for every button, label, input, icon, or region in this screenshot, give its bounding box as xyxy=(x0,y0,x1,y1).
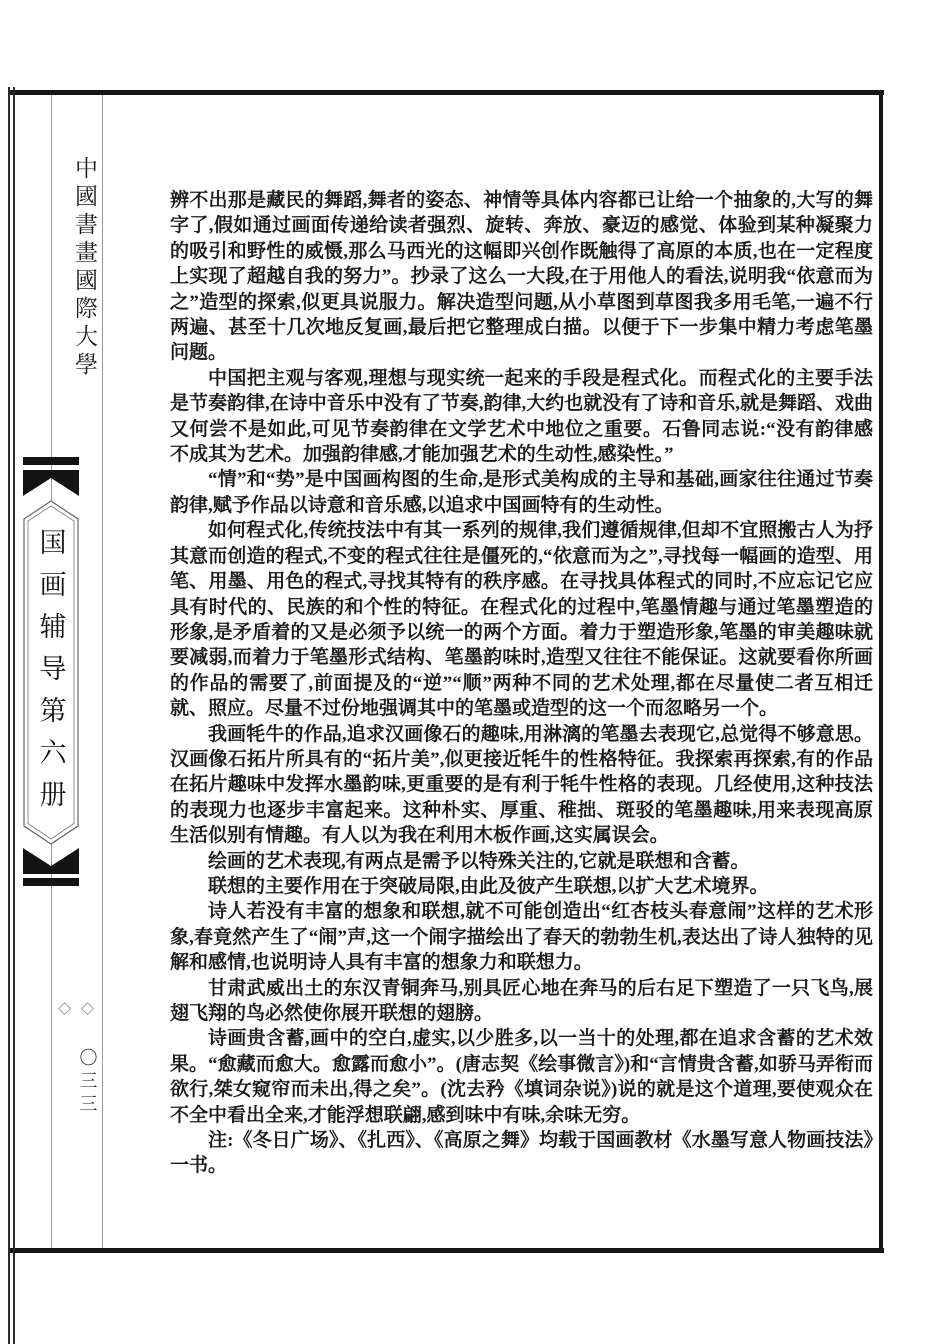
ribbon-bottom-chevron xyxy=(23,848,79,874)
right-border-rule xyxy=(879,90,883,1253)
page-number: ◇ 〇三三 ◇ xyxy=(52,998,102,1148)
body-paragraph: 诗画贵含蓄,画中的空白,虚实,以少胜多,以一当十的处理,都在追求含蓄的艺术效果。… xyxy=(170,1026,873,1128)
bottom-border-rule xyxy=(8,1248,884,1253)
page-number-ornament-bottom: ◇ xyxy=(56,998,75,1023)
ribbon-top-chevron xyxy=(23,470,79,496)
body-paragraph: 辨不出那是藏民的舞蹈,舞者的姿态、神情等具体内容都已让给一个抽象的,大写的舞字了… xyxy=(170,188,873,366)
body-paragraph: 如何程式化,传统技法中有其一系列的规律,我们遵循规律,但却不宜照搬古人为抒其意而… xyxy=(170,518,873,721)
top-border-rule xyxy=(8,90,884,95)
body-paragraph: 中国把主观与客观,理想与现实统一起来的手段是程式化。而程式化的主要手法是节奏韵律… xyxy=(170,366,873,468)
body-paragraph: 甘肃武威出土的东汉青铜奔马,别具匠心地在奔马的后右足下塑造了一只飞鸟,展翅飞翔的… xyxy=(170,976,873,1027)
body-paragraph: “情”和“势”是中国画构图的生命,是形式美构成的主导和基础,画家往往通过节奏韵律… xyxy=(170,467,873,518)
body-paragraph: 联想的主要作用在于突破局限,由此及彼产生联想,以扩大艺术境界。 xyxy=(170,874,873,899)
university-title-vertical: 中國書畫國際大學 xyxy=(53,148,101,388)
left-page-edge-line-outer xyxy=(8,87,10,1344)
book-page: { "frame": { "ink_color": "#151515", "th… xyxy=(0,0,950,1344)
ribbon-bottom-bar xyxy=(23,878,79,886)
body-text-block: 辨不出那是藏民的舞蹈,舞者的姿态、神情等具体内容都已让给一个抽象的,大写的舞字了… xyxy=(170,188,873,1179)
ribbon-top-bar xyxy=(23,457,79,465)
page-number-digits: 〇三三 xyxy=(78,1048,98,1117)
body-paragraph: 注:《冬日广场》、《扎西》、《高原之舞》均载于国画教材《水墨写意人物画技法》一书… xyxy=(170,1128,873,1179)
body-paragraph: 诗人若没有丰富的想象和联想,就不可能创造出“红杏枝头春意闹”这样的艺术形象,春竟… xyxy=(170,899,873,975)
left-page-edge-line-inner xyxy=(13,87,15,1344)
page-number-ornament-top: ◇ xyxy=(79,998,98,1023)
body-paragraph: 绘画的艺术表现,有两点是需予以特殊关注的,它就是联想和含蓄。 xyxy=(170,849,873,874)
volume-title-vertical: 国画辅导第六册 xyxy=(21,516,81,834)
body-paragraph: 我画牦牛的作品,追求汉画像石的趣味,用淋漓的笔墨去表现它,总觉得不够意思。汉画像… xyxy=(170,722,873,849)
sidebar-column-line-right xyxy=(102,95,103,1248)
